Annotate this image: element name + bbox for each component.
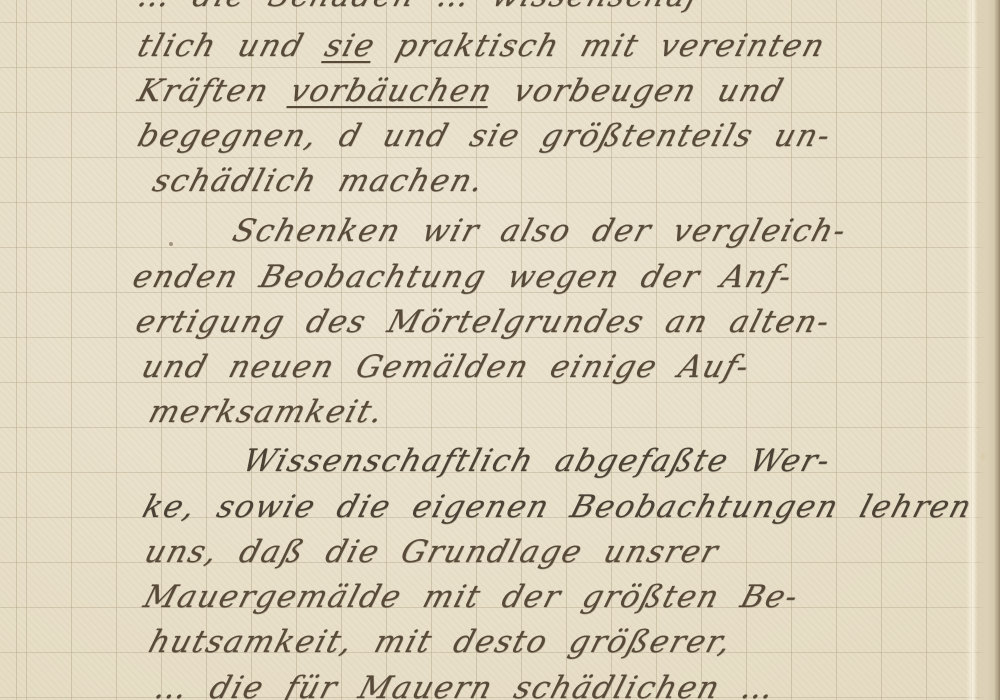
handwriting-line: uns, daß die Grundlage unsrer [140,532,724,572]
handwriting-line: … die Schäden … wissenschaf- [133,0,717,16]
ink-speck [169,242,173,246]
handwriting-line: ke, sowie die eigenen Beobachtungen lehr… [138,487,977,527]
manuscript-page: … die Schäden … wissenschaf- tlich und s… [0,0,1000,700]
handwriting-line-paragraph-start: Wissenschaftlich abgefaßte Wer- [238,441,836,481]
handwriting-line: begegnen, d und sie größtenteils un- [133,116,836,156]
handwriting-line: enden Beobachtung wegen der Anf- [128,257,797,297]
line-text: vorbeugen und [487,73,789,109]
handwriting-line: schädlich machen. [148,161,490,201]
page-crease [966,0,978,700]
line-text: praktisch mit vereinten [370,28,830,64]
handwriting-line: tlich und sie praktisch mit vereinten [133,26,831,66]
handwriting-line: … die für Mauern schädlichen … [150,668,780,700]
ink-speck [509,42,512,45]
line-text: Kräften [134,73,297,109]
handwriting-line: und neuen Gemälden einige Auf- [137,347,755,387]
page-edge-shadow [995,0,1000,700]
handwriting-line: hutsamkeit, mit desto größerer, [144,622,737,662]
handwriting-line: merksamkeit. [144,392,389,432]
handwriting-line-paragraph-start: Schenken wir also der vergleich- [228,211,852,251]
handwriting-line: Kräften vorbäuchen vorbeugen und [133,71,789,111]
underlined-word: vorbäuchen [286,73,497,109]
handwriting-line: ertigung des Mörtelgrundes an alten- [131,302,835,342]
line-text: tlich und [134,28,331,64]
handwriting-text: … die Schäden … wissenschaf- tlich und s… [0,0,1000,700]
handwriting-line: Mauergemälde mit der größten Be- [139,577,804,617]
